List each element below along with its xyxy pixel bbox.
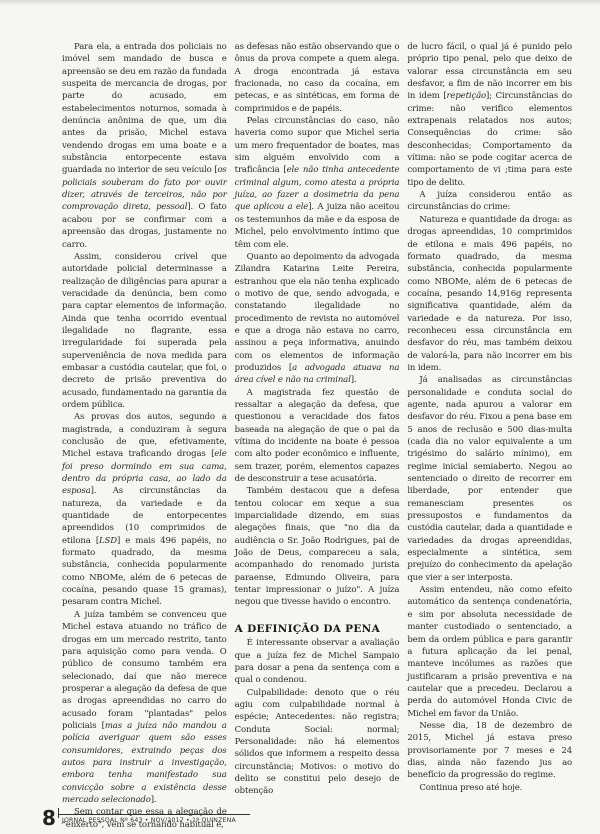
section-heading: A DEFINIÇÃO DA PENA — [235, 623, 400, 635]
paragraph: A juíza considerou então as circunstânci… — [407, 189, 572, 214]
publication-info: JORNAL PESSOAL Nº 643 • NOV/2017 • 1ª QU… — [58, 817, 250, 824]
page-footer: 8 JORNAL PESSOAL Nº 643 • NOV/2017 • 1ª … — [42, 808, 250, 828]
paragraph: Assim entendeu, não como efeito automáti… — [407, 584, 572, 720]
paragraph: A juíza também se convenceu que Michel e… — [62, 609, 227, 807]
paragraph: Pelas circunstâncias do caso, não haveri… — [235, 115, 400, 251]
paragraph: As provas dos autos, segundo a magistrad… — [62, 411, 227, 609]
paragraph: Natureza e quantidade da droga: as droga… — [407, 214, 572, 374]
paragraph: as defesas não estão observando que o ôn… — [235, 41, 400, 115]
paragraph: Para ela, a entrada dos policiais no imó… — [62, 41, 227, 251]
column-3: de lucro fácil, o qual já é punido pelo … — [407, 41, 572, 776]
paragraph: A magistrada fez questão de ressaltar a … — [235, 387, 400, 486]
footer-line — [58, 814, 250, 815]
column-2: as defesas não estão observando que o ôn… — [235, 41, 400, 776]
footer-rule: JORNAL PESSOAL Nº 643 • NOV/2017 • 1ª QU… — [58, 814, 250, 824]
paragraph: Também destacou que a defesa tentou colo… — [235, 485, 400, 608]
paragraph: Quanto ao depoimento da advogada Zilandr… — [235, 251, 400, 387]
paragraph: Culpabilidade: denoto que o réu agiu com… — [235, 687, 400, 798]
article-body: Para ela, a entrada dos policiais no imó… — [62, 41, 572, 776]
paragraph: Já analisadas as circunstâncias personal… — [407, 374, 572, 584]
paragraph: É interessante observar a avaliação que … — [235, 637, 400, 686]
paragraph: Nesse dia, 18 de dezembro de 2015, Miche… — [407, 720, 572, 782]
page-number: 8 — [42, 808, 56, 828]
paragraph: Assim, considerou crível que autoridade … — [62, 251, 227, 411]
page-top-edge — [0, 0, 600, 6]
paragraph: Continua preso até hoje. — [407, 782, 572, 794]
column-1: Para ela, a entrada dos policiais no imó… — [62, 41, 227, 776]
paragraph: de lucro fácil, o qual já é punido pelo … — [407, 41, 572, 189]
footer-tick — [58, 808, 59, 818]
